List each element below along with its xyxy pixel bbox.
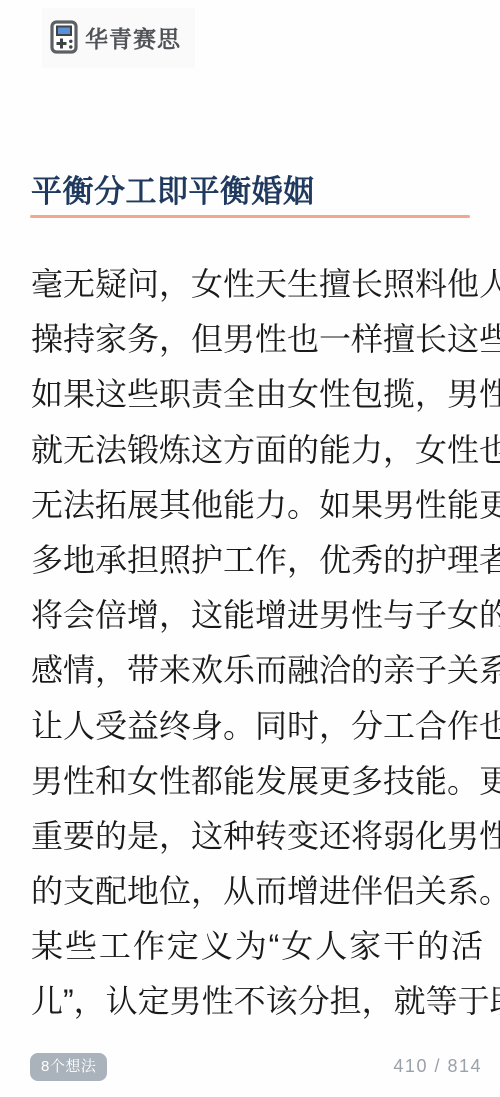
- body-line: 将会倍增，这能增进男性与子女的: [31, 588, 483, 643]
- publisher-logo: 华青赛思: [42, 8, 195, 68]
- reader-page: 华青赛思 平衡分工即平衡婚姻 毫无疑问，女性天生擅长照料他人、 操持家务，但男性…: [0, 0, 500, 1097]
- handheld-device-icon: [50, 20, 78, 54]
- body-line: 就无法锻炼这方面的能力，女性也: [31, 423, 483, 478]
- thoughts-badge[interactable]: 8个想法: [30, 1053, 107, 1081]
- body-line: 毫无疑问，女性天生擅长照料他人、: [31, 257, 483, 312]
- title-divider: [30, 215, 470, 218]
- body-line: 让人受益终身。同时，分工合作也让: [31, 699, 483, 754]
- body-line: 重要的是，这种转变还将弱化男性: [31, 809, 483, 864]
- page-indicator: 410 / 814: [393, 1056, 482, 1077]
- body-line: 操持家务，但男性也一样擅长这些。: [31, 312, 483, 367]
- body-line: 儿”，认定男性不该分担，就等于助: [31, 974, 483, 1029]
- body-line: 男性和女性都能发展更多技能。更: [31, 754, 483, 809]
- body-line: 某些工作定义为“女人家干的活: [31, 919, 483, 974]
- body-line: 无法拓展其他能力。如果男性能更: [31, 478, 483, 533]
- chapter-title: 平衡分工即平衡婚姻: [31, 166, 315, 211]
- body-text: 毫无疑问，女性天生擅长照料他人、 操持家务，但男性也一样擅长这些。 如果这些职责…: [31, 257, 483, 1030]
- publisher-logo-text: 华青赛思: [85, 21, 181, 54]
- body-line: 的支配地位，从而增进伴侣关系。将: [31, 864, 483, 919]
- body-line: 如果这些职责全由女性包揽，男性: [31, 367, 483, 422]
- body-line: 感情，带来欢乐而融洽的亲子关系，: [31, 643, 483, 698]
- body-line: 多地承担照护工作，优秀的护理者: [31, 533, 483, 588]
